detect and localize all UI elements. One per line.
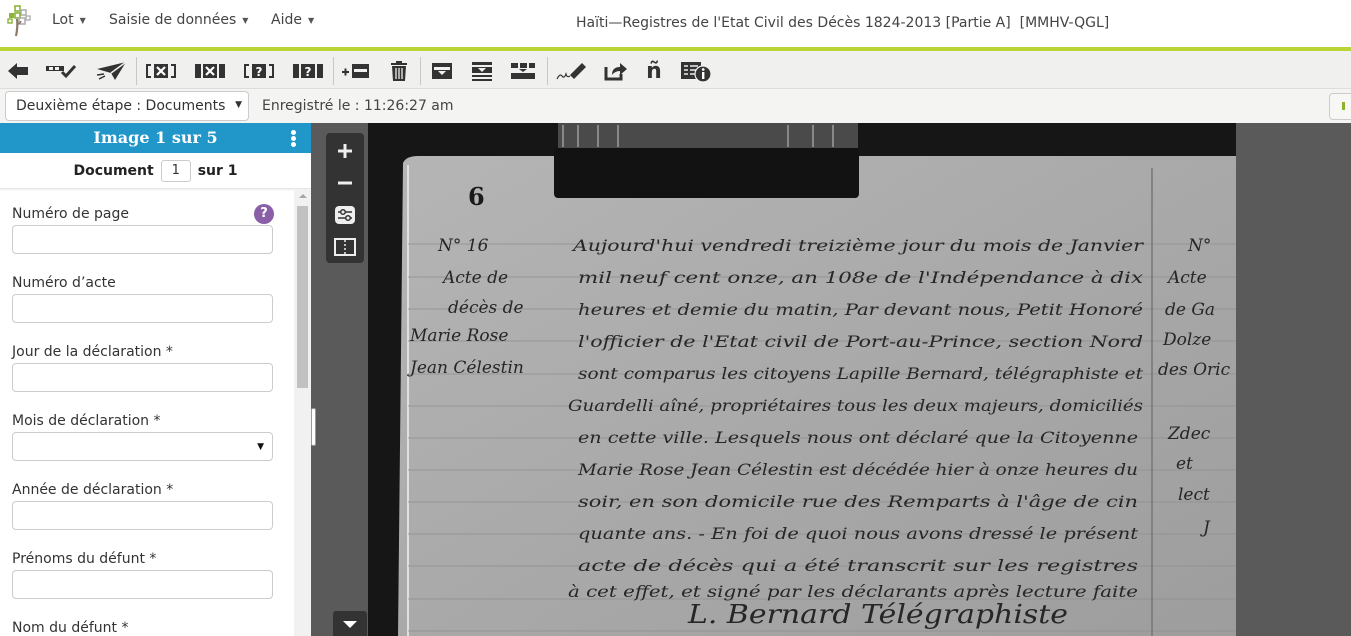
add-record-button[interactable] (341, 58, 371, 84)
svg-text:sont comparus les citoyens Lap: sont comparus les citoyens Lapille Berna… (578, 364, 1144, 383)
document-label: Document (73, 163, 153, 179)
trash-icon (389, 60, 409, 82)
signature-button[interactable] (556, 58, 588, 84)
image-viewer[interactable]: 6 N° 16 Acte de décès de Marie Rose Jean… (311, 123, 1351, 636)
svg-text:de Ga: de Ga (1165, 300, 1215, 320)
svg-text:Marie Rose Jean Célestin est d: Marie Rose Jean Célestin est décédée hie… (577, 460, 1138, 479)
caret-down-icon: ▼ (257, 442, 264, 452)
status-row: Deuxième étape : Documents ▼ Enregistré … (0, 89, 1351, 123)
bracket-x-filled-icon (194, 63, 226, 79)
svg-text:Acte de: Acte de (441, 268, 508, 288)
panel-resize-handle[interactable] (311, 408, 316, 446)
split-view-icon (332, 234, 358, 260)
numero-d-acte-input[interactable] (12, 294, 273, 323)
viewer-tools (326, 133, 364, 263)
caret-down-icon: ▼ (308, 16, 314, 25)
label-mois-de-declaration: Mois de déclaration * (12, 413, 161, 429)
numero-de-page-input[interactable] (12, 225, 273, 254)
svg-text:Marie Rose: Marie Rose (409, 326, 508, 346)
menu-lot-label: Lot (52, 12, 74, 28)
review-button[interactable] (44, 58, 78, 84)
share-button[interactable] (604, 58, 628, 84)
mois-de-declaration-select[interactable]: ▼ (12, 432, 273, 461)
toolbar-divider (136, 57, 137, 85)
label-nom-du-defunt: Nom du défunt * (12, 620, 128, 636)
svg-text:?: ? (304, 65, 311, 79)
svg-text:des Oric: des Oric (1158, 360, 1231, 380)
add-record-icon (341, 62, 371, 80)
insert-record-button[interactable] (430, 58, 454, 84)
caret-down-icon: ▼ (235, 100, 242, 110)
toolbar-divider (547, 57, 548, 85)
menu-lot[interactable]: Lot▼ (52, 12, 86, 28)
data-entry-panel: Image 1 sur 5 Document 1 sur 1 Numéro de… (0, 123, 311, 636)
caret-down-icon: ▼ (80, 16, 86, 25)
svg-text:l'officier de l'Etat civil de: l'officier de l'Etat civil de Port-au-Pr… (578, 332, 1143, 351)
svg-text:heures et demie du matin, Par: heures et demie du matin, Par devant nou… (578, 300, 1143, 319)
image-counter: Image 1 sur 5 (93, 128, 217, 147)
page-number: 6 (468, 182, 485, 211)
menu-aide[interactable]: Aide▼ (271, 12, 314, 28)
top-nav: Lot▼ Saisie de données▼ Aide▼ Haïti—Regi… (0, 0, 1351, 44)
plus-icon (332, 138, 358, 164)
bracket-x-outline-icon (145, 63, 177, 79)
field-info-button[interactable] (680, 58, 712, 84)
scroll-up-arrow-icon[interactable] (299, 194, 307, 198)
image-adjust-button[interactable] (332, 202, 358, 228)
list-info-icon (680, 60, 712, 82)
svg-text:Aujourd'hui vendredi treizième: Aujourd'hui vendredi treizième jour du m… (570, 236, 1144, 255)
label-annee-de-declaration: Année de déclaration * (12, 482, 173, 498)
mark-blank-all-button[interactable] (193, 58, 226, 84)
toolbar-divider (333, 57, 334, 85)
svg-text:et: et (1176, 454, 1193, 474)
svg-text:quante ans. - En foi de quoi n: quante ans. - En foi de quoi nous avons … (578, 524, 1139, 543)
annee-de-declaration-input[interactable] (12, 501, 273, 530)
insert-record-icon (431, 62, 453, 80)
share-icon (604, 61, 628, 81)
menu-saisie-label: Saisie de données (109, 12, 236, 28)
svg-text:lect: lect (1178, 485, 1210, 505)
submit-button[interactable] (95, 58, 127, 84)
toolbar: ? ? ñ (0, 51, 1351, 89)
svg-text:à cet effet, et signé par les: à cet effet, et signé par les déclarants… (568, 582, 1138, 601)
menu-saisie-de-donnees[interactable]: Saisie de données▼ (109, 12, 248, 28)
delete-record-button[interactable] (388, 58, 410, 84)
special-characters-button[interactable]: ñ (643, 58, 665, 84)
zoom-out-button[interactable] (332, 170, 358, 196)
saved-timestamp: Enregistré le : 11:26:27 am (262, 98, 454, 114)
svg-text:Jean Célestin: Jean Célestin (407, 358, 524, 378)
svg-text:acte de décès qui a été transc: acte de décès qui a été transcrit sur le… (578, 556, 1138, 575)
label-numero-de-page: Numéro de page (12, 206, 129, 222)
svg-text:Guardelli aîné, propriétaires: Guardelli aîné, propriétaires tous les d… (568, 396, 1143, 415)
svg-text:mil neuf cent onze, an 108e de: mil neuf cent onze, an 108e de l'Indépen… (578, 268, 1143, 287)
scrollbar-thumb[interactable] (297, 206, 308, 388)
handwritten-register-image: 6 N° 16 Acte de décès de Marie Rose Jean… (368, 123, 1236, 636)
help-icon[interactable]: ? (254, 204, 274, 224)
document-number-input[interactable]: 1 (161, 160, 191, 182)
svg-text:en cette ville. Lesquels nous: en cette ville. Lesquels nous ont déclar… (578, 428, 1138, 447)
svg-text:?: ? (255, 65, 262, 79)
split-record-icon (510, 62, 536, 80)
svg-text:Dolze: Dolze (1162, 330, 1211, 350)
svg-text:Zdec: Zdec (1167, 424, 1211, 444)
svg-text:Acte: Acte (1166, 268, 1207, 288)
image-header: Image 1 sur 5 (0, 123, 311, 153)
form-scrollbar[interactable] (294, 190, 311, 636)
entry-form: Numéro de page ? Numéro d’acte Jour de l… (0, 190, 294, 636)
label-jour-de-la-declaration: Jour de la déclaration * (12, 344, 173, 360)
prenoms-du-defunt-input[interactable] (12, 570, 273, 599)
svg-text:L. Bernard Télégraphiste: L. Bernard Télégraphiste (687, 600, 1068, 630)
document-navigator: Document 1 sur 1 (0, 153, 311, 189)
n-tilde-icon: ñ (646, 59, 662, 84)
check-fields-icon (45, 63, 77, 79)
layout-toggle-button[interactable] (332, 234, 358, 260)
zoom-in-button[interactable] (332, 138, 358, 164)
panel-toggle-button[interactable] (1329, 93, 1351, 120)
pen-signature-icon (556, 61, 588, 81)
svg-text:N° 16: N° 16 (437, 236, 489, 256)
svg-text:soir, en son domicile rue des: soir, en son domicile rue des Remparts à… (578, 492, 1138, 511)
record-image[interactable]: 6 N° 16 Acte de décès de Marie Rose Jean… (368, 123, 1236, 636)
jour-de-la-declaration-input[interactable] (12, 363, 273, 392)
menu-aide-label: Aide (271, 12, 302, 28)
minus-icon (332, 170, 358, 196)
indicator-icon (1342, 102, 1345, 110)
paper-plane-icon (95, 61, 127, 81)
caret-down-icon: ▼ (242, 16, 248, 25)
mark-unreadable-button[interactable]: ? (242, 58, 275, 84)
svg-text:N°: N° (1187, 236, 1211, 256)
svg-text:décès de: décès de (448, 298, 524, 318)
toolbar-divider (420, 57, 421, 85)
chevron-down-icon (343, 621, 357, 628)
bracket-question-filled-icon: ? (292, 63, 324, 79)
back-button[interactable] (6, 58, 30, 84)
mark-unreadable-all-button[interactable]: ? (291, 58, 324, 84)
step-select[interactable]: Deuxième étape : Documents ▼ (5, 91, 249, 121)
arrow-left-icon (7, 62, 29, 80)
expand-down-button[interactable] (333, 611, 367, 636)
collection-title: Haïti—Registres de l'Etat Civil des Décè… (576, 15, 1109, 31)
kebab-menu-icon[interactable] (290, 130, 298, 148)
step-select-value: Deuxième étape : Documents (16, 98, 225, 114)
label-numero-d-acte: Numéro d’acte (12, 275, 116, 291)
familysearch-tree-logo-icon[interactable] (6, 5, 34, 37)
mark-blank-button[interactable] (144, 58, 177, 84)
insert-field-button[interactable] (470, 58, 494, 84)
sliders-icon (332, 202, 358, 228)
insert-field-icon (471, 61, 493, 81)
split-record-button[interactable] (510, 58, 536, 84)
bracket-question-outline-icon: ? (243, 63, 275, 79)
document-total: sur 1 (198, 163, 238, 179)
label-prenoms-du-defunt: Prénoms du défunt * (12, 551, 156, 567)
